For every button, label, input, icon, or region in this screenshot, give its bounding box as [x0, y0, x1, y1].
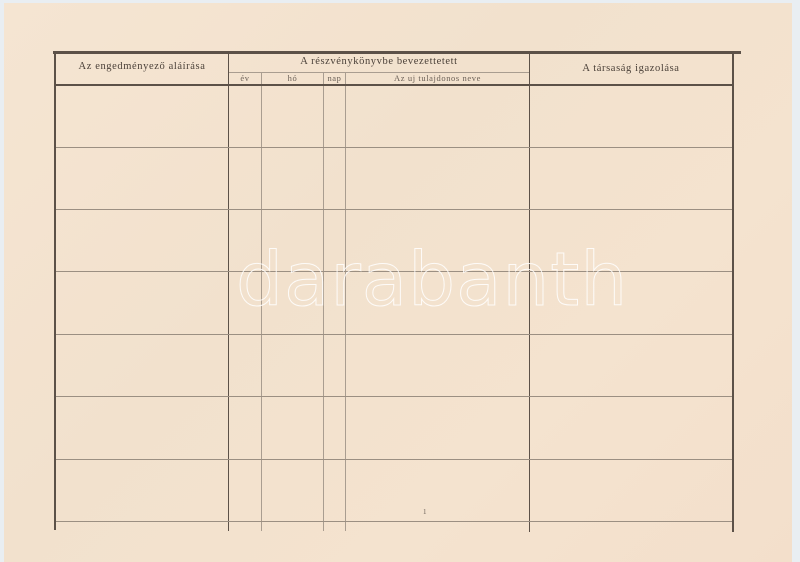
table-top-rule — [53, 51, 741, 54]
page-mark: 1 — [420, 508, 430, 516]
subheader-new-owner-name: Az uj tulajdonos neve — [346, 73, 529, 83]
subheader-year: év — [229, 73, 261, 83]
table-row — [56, 335, 732, 396]
subheader-day: nap — [324, 73, 345, 83]
header-register-entry: A részvénykönyvbe bevezettetett — [229, 56, 529, 67]
table-row — [56, 460, 732, 521]
watermark-text: darabanth — [236, 240, 628, 320]
row-divider-7 — [56, 521, 732, 522]
header-company-confirmation: A társaság igazolása — [530, 63, 732, 74]
table-row — [56, 86, 732, 147]
table-right-border — [732, 54, 734, 532]
table-row — [56, 397, 732, 459]
subheader-month: hó — [262, 73, 323, 83]
header-assignor-signature: Az engedményező aláírása — [56, 61, 228, 72]
table-row — [56, 148, 732, 209]
